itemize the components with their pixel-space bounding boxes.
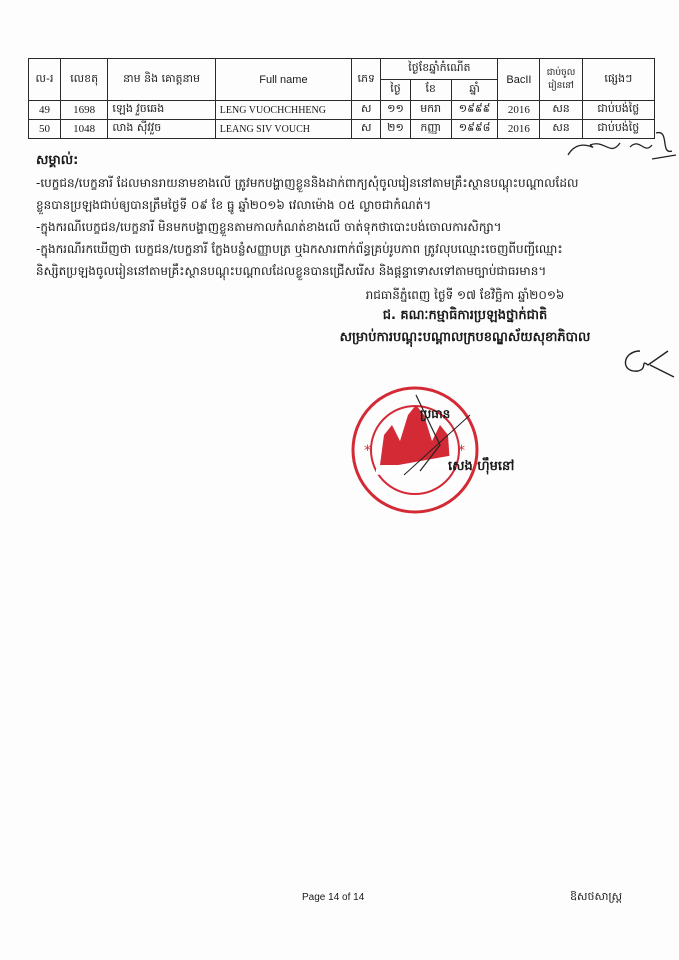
header-sex: ភេទ [352,59,381,101]
cell-bacii: 2016 [498,101,540,120]
cell-month: កញ្ញា [410,120,451,139]
notes-section: សម្គាល់: -បេក្ខជន/បេក្ខនារី ដែលមានរាយនាម… [36,150,656,282]
cell-day: ២១ [381,120,410,139]
svg-text:*: * [364,443,371,459]
footer-department: ឱសថសាស្ត្រ [570,890,622,906]
signer-name: សេង ហ៊ឹមនៅ [448,458,514,477]
cell-id: 1048 [60,120,107,139]
handwritten-mark [618,345,678,381]
header-dob-month: ខែ [410,80,451,101]
header-other: ផ្សេងៗ [582,59,654,101]
signer-role: ប្រធាន [420,406,450,424]
note-line: និស្សិតប្រឡងចូលរៀននៅតាមគ្រឹះស្ថានបណ្ដុះប… [36,260,656,282]
org-line-2: សម្រាប់ការបណ្ដុះបណ្ដាលក្របខណ្ឌស័យសុខាភិប… [300,327,630,349]
note-line: -ក្នុងករណីបេក្ខជន/បេក្ខនារី មិនមកបង្ហាញខ… [36,216,656,238]
header-khmer-name: នាម និង គោត្តនាម [108,59,215,101]
cell-bacii: 2016 [498,120,540,139]
table-row: 49 1698 ឡេង វួចឆេង LENG VUOCHCHHENG ស ១១… [29,101,655,120]
cell-admitted-to: សន [540,101,582,120]
cell-sex: ស [352,101,381,120]
org-line-1: ជ. គណៈកម្មាធិការប្រឡងថ្នាក់ជាតិ [300,305,630,327]
cell-no: 50 [29,120,61,139]
header-no: ល-រ [29,59,61,101]
document-page: ល-រ លេខតុ នាម និង គោត្តនាម Full name ភេទ… [0,0,679,960]
cell-id: 1698 [60,101,107,120]
official-seal-icon: * * [350,385,480,515]
cell-khmer-name: លាង ស៊ីវវួច [108,120,215,139]
cell-month: មករា [410,101,451,120]
cell-full-name: LEANG SIV VOUCH [215,120,351,139]
cell-day: ១១ [381,101,410,120]
cell-sex: ស [352,120,381,139]
header-dob-day: ថ្ងៃ [381,80,410,101]
page-number: Page 14 of 14 [302,892,364,903]
svg-text:*: * [458,443,465,459]
note-line: ខ្លួនបានប្រឡងជាប់ឲ្យបានត្រឹមថ្ងៃទី ០៩ ខែ… [36,194,656,216]
header-full-name: Full name [215,59,351,101]
signature-block: រាជធានីភ្នំពេញ ថ្ងៃទី ១៧ ខែវិច្ឆិកា ឆ្នា… [300,285,630,349]
date-line: រាជធានីភ្នំពេញ ថ្ងៃទី ១៧ ខែវិច្ឆិកា ឆ្នា… [300,285,630,305]
cell-other: ជាប់បង់ថ្លៃ [582,101,654,120]
cell-full-name: LENG VUOCHCHHENG [215,101,351,120]
header-bacii: BacII [498,59,540,101]
cell-no: 49 [29,101,61,120]
note-line: -បេក្ខជន/បេក្ខនារី ដែលមានរាយនាមខាងលើ ត្រ… [36,172,656,194]
header-dob: ថ្ងៃខែឆ្នាំកំណើត [381,59,498,80]
cell-year: ១៩៩៨ [451,120,498,139]
notes-title: សម្គាល់: [36,150,656,172]
header-id: លេខតុ [60,59,107,101]
header-dob-year: ឆ្នាំ [451,80,498,101]
header-admitted-to: ជាប់ចូលរៀននៅ [540,59,582,101]
cell-year: ១៩៩៩ [451,101,498,120]
note-line: -ក្នុងករណីរកឃើញថា បេក្ខជន/បេក្ខនារី ក្លែ… [36,238,656,260]
cell-khmer-name: ឡេង វួចឆេង [108,101,215,120]
